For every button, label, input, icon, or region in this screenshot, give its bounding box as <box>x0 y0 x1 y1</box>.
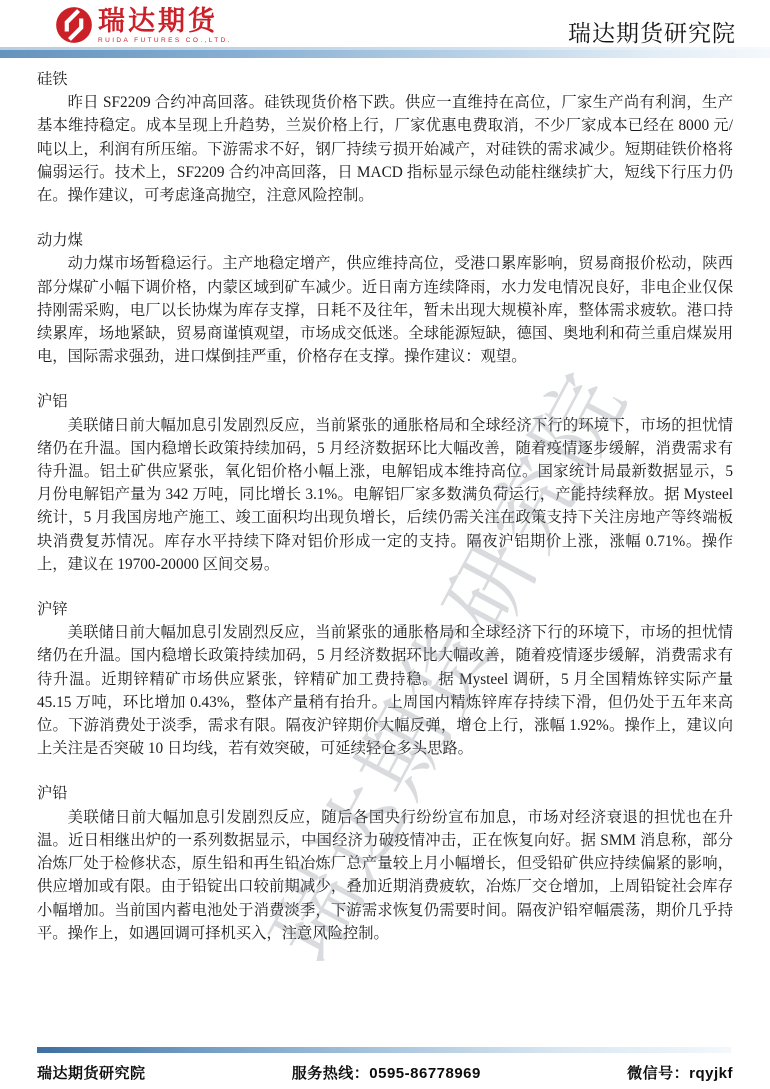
company-logo: 瑞达期货 RUIDA FUTURES CO.,LTD. <box>55 6 232 45</box>
footer-institute: 瑞达期货研究院 <box>37 1062 146 1083</box>
section-thermal-coal: 动力煤 动力煤市场暂稳运行。主产地稳定增产，供应维持高位，受港口累库影响，贸易商… <box>37 229 733 368</box>
footer: 瑞达期货研究院 服务热线：0595-86778969 微信号：rqyjkf <box>37 1062 733 1083</box>
report-body: 硅铁 昨日 SF2209 合约冲高回落。硅铁现货价格下跌。供应一直维持在高位，厂… <box>37 68 733 967</box>
brand-name: 瑞达期货 <box>98 8 232 35</box>
footer-divider-bar <box>37 1047 731 1053</box>
section-heading: 沪铝 <box>37 390 733 413</box>
page-title: 瑞达期货研究院 <box>568 15 736 48</box>
ruida-logo-icon <box>55 6 93 44</box>
section-heading: 动力煤 <box>37 229 733 252</box>
section-heading: 沪铅 <box>37 782 733 805</box>
footer-hotline: 服务热线：0595-86778969 <box>292 1062 481 1083</box>
section-heading: 硅铁 <box>37 68 733 91</box>
section-shanghai-lead: 沪铅 美联储日前大幅加息引发剧烈反应，随后各国央行纷纷宣布加息，市场对经济衰退的… <box>37 782 733 944</box>
brand-name-en: RUIDA FUTURES CO.,LTD. <box>98 38 232 45</box>
report-page: 瑞达期货 RUIDA FUTURES CO.,LTD. 瑞达期货研究院 硅铁 昨… <box>0 0 770 1089</box>
section-heading: 沪锌 <box>37 598 733 621</box>
section-paragraph: 动力煤市场暂稳运行。主产地稳定增产，供应维持高位，受港口累库影响，贸易商报价松动… <box>37 252 733 368</box>
header-divider-bar <box>0 47 770 58</box>
section-shanghai-aluminum: 沪铝 美联储日前大幅加息引发剧烈反应，当前紧张的通胀格局和全球经济下行的环境下，… <box>37 390 733 576</box>
footer-wechat: 微信号：rqyjkf <box>627 1062 733 1083</box>
section-paragraph: 美联储日前大幅加息引发剧烈反应，当前紧张的通胀格局和全球经济下行的环境下，市场的… <box>37 621 733 760</box>
section-paragraph: 美联储日前大幅加息引发剧烈反应，当前紧张的通胀格局和全球经济下行的环境下，市场的… <box>37 414 733 576</box>
section-ferrosilicon: 硅铁 昨日 SF2209 合约冲高回落。硅铁现货价格下跌。供应一直维持在高位，厂… <box>37 68 733 207</box>
section-paragraph: 昨日 SF2209 合约冲高回落。硅铁现货价格下跌。供应一直维持在高位，厂家生产… <box>37 91 733 207</box>
logo-text: 瑞达期货 RUIDA FUTURES CO.,LTD. <box>98 6 232 45</box>
section-paragraph: 美联储日前大幅加息引发剧烈反应，随后各国央行纷纷宣布加息，市场对经济衰退的担忧也… <box>37 806 733 945</box>
section-shanghai-zinc: 沪锌 美联储日前大幅加息引发剧烈反应，当前紧张的通胀格局和全球经济下行的环境下，… <box>37 598 733 760</box>
